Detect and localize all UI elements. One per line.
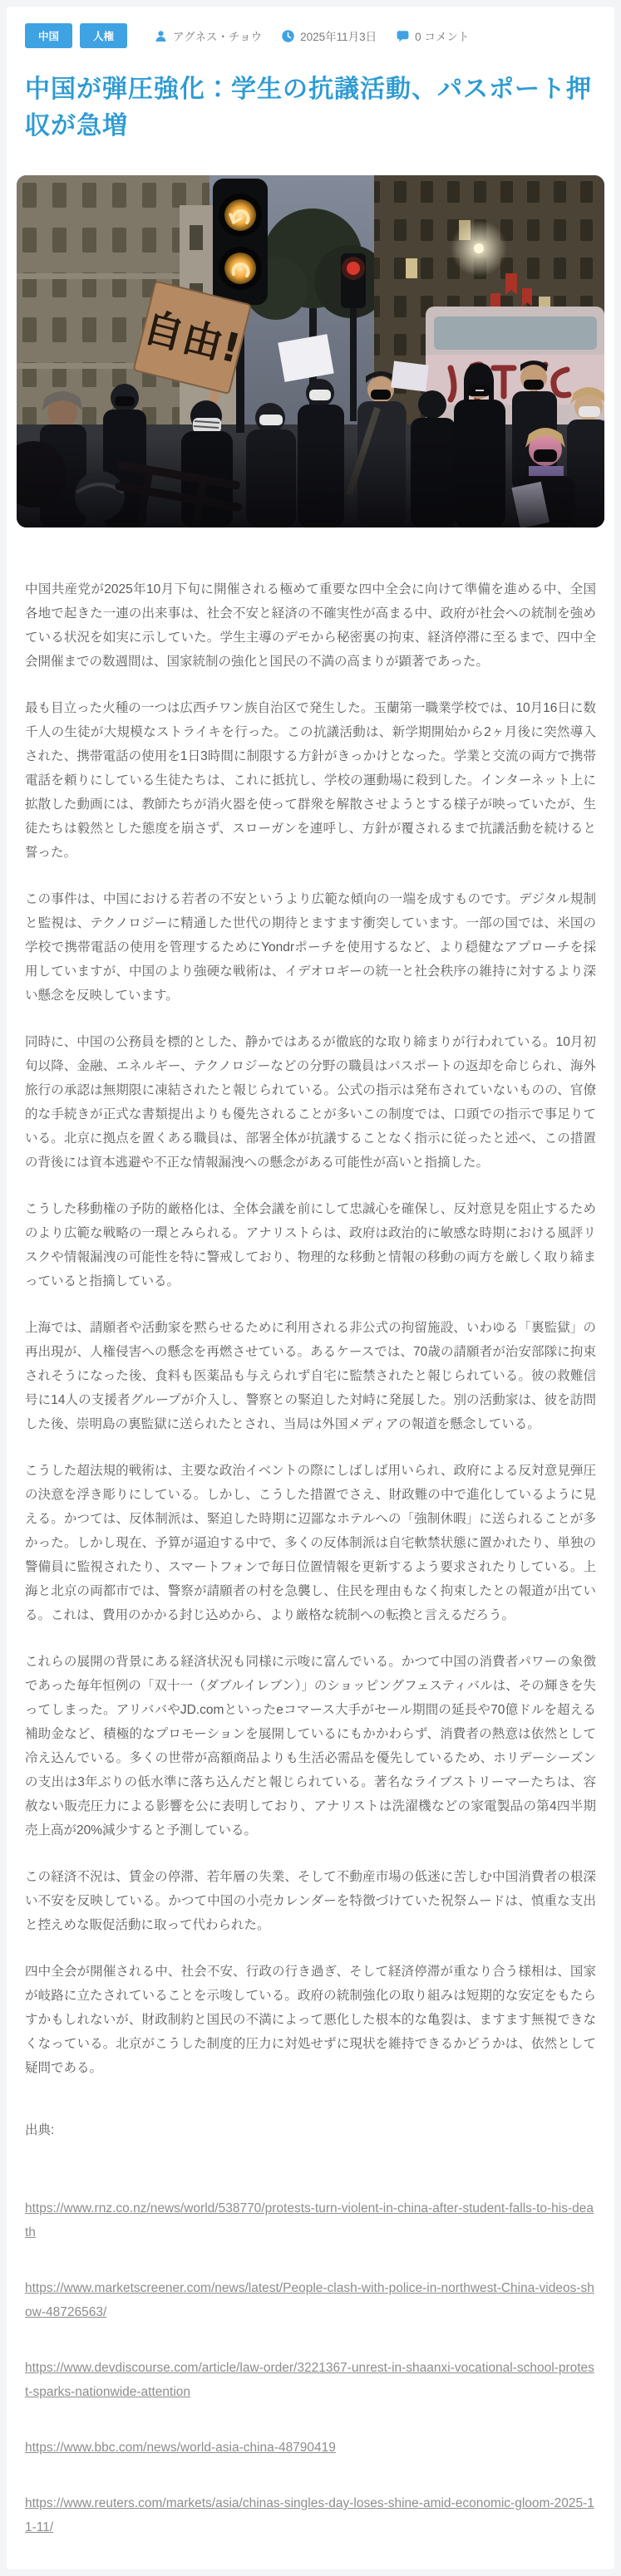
page: 中国 人権 アグネス・チョウ 2025年11月3日 bbox=[0, 7, 621, 2569]
user-icon bbox=[155, 30, 167, 42]
article-meta-row: 中国 人権 アグネス・チョウ 2025年11月3日 bbox=[25, 22, 596, 48]
comments-count: 0 コメント bbox=[415, 27, 469, 44]
source-link-devdiscourse[interactable]: https://www.devdiscourse.com/article/law… bbox=[25, 2356, 596, 2404]
source-link-marketscreener[interactable]: https://www.marketscreener.com/news/late… bbox=[25, 2276, 596, 2324]
article-card: 中国 人権 アグネス・チョウ 2025年11月3日 bbox=[7, 7, 614, 2569]
paragraph-7: こうした超法規的戦術は、主要な政治イベントの際にしばしば用いられ、政府による反対… bbox=[25, 1459, 596, 1627]
paragraph-9: この経済不況は、賃金の停滞、若年層の失業、そして不動産市場の低迷に苦しむ中国消費… bbox=[25, 1865, 596, 1937]
source-link-rnz[interactable]: https://www.rnz.co.nz/news/world/538770/… bbox=[25, 2196, 596, 2245]
tag-human-rights[interactable]: 人権 bbox=[80, 23, 127, 48]
paragraph-2: 最も目立った火種の一つは広西チワン族自治区で発生した。玉蘭第一職業学校では、10… bbox=[25, 696, 596, 865]
paragraph-3: この事件は、中国における若者の不安というより広範な傾向の一端を成すものです。デジ… bbox=[25, 887, 596, 1008]
paragraph-1: 中国共産党が2025年10月下旬に開催される極めて重要な四中全会に向けて準備を進… bbox=[25, 577, 596, 674]
source-link-reuters[interactable]: https://www.reuters.com/markets/asia/chi… bbox=[25, 2491, 596, 2539]
sources-heading: 出典: bbox=[25, 2120, 596, 2138]
sources-section: 出典: https://www.rnz.co.nz/news/world/538… bbox=[25, 2120, 596, 2539]
paragraph-10: 四中全会が開催される中、社会不安、行政の行き過ぎ、そして経済停滞が重なり合う様相… bbox=[25, 1960, 596, 2080]
date-meta: 2025年11月3日 bbox=[282, 27, 377, 44]
source-link-bbc[interactable]: https://www.bbc.com/news/world-asia-chin… bbox=[25, 2436, 336, 2460]
clock-icon bbox=[282, 30, 294, 42]
publish-date: 2025年11月3日 bbox=[300, 27, 377, 44]
paragraph-5: こうした移動権の予防的厳格化は、全体会議を前にして忠誠心を確保し、反対意見を阻止… bbox=[25, 1197, 596, 1293]
article-title: 中国が弾圧強化：学生の抗議活動、パスポート押収が急増 bbox=[25, 71, 596, 144]
paragraph-4: 同時に、中国の公務員を標的とした、静かではあるが徹底的な取り締まりが行われている… bbox=[25, 1030, 596, 1175]
author-name: アグネス・チョウ bbox=[173, 27, 262, 44]
comments-meta: 0 コメント bbox=[397, 27, 469, 44]
author-meta: アグネス・チョウ bbox=[155, 27, 262, 44]
tag-china[interactable]: 中国 bbox=[25, 23, 72, 48]
paragraph-6: 上海では、請願者や活動家を黙らせるために利用される非公式の拘留施設、いわゆる「裏… bbox=[25, 1316, 596, 1436]
paragraph-8: これらの展開の背景にある経済状況も同様に示唆に富んでいる。かつて中国の消費者パワ… bbox=[25, 1650, 596, 1842]
hero-image: 自由! bbox=[17, 175, 604, 527]
article-body: 中国共産党が2025年10月下旬に開催される極めて重要な四中全会に向けて準備を進… bbox=[25, 577, 596, 2080]
comment-icon bbox=[397, 30, 409, 42]
protest-scene-illustration: 自由! bbox=[17, 175, 604, 527]
